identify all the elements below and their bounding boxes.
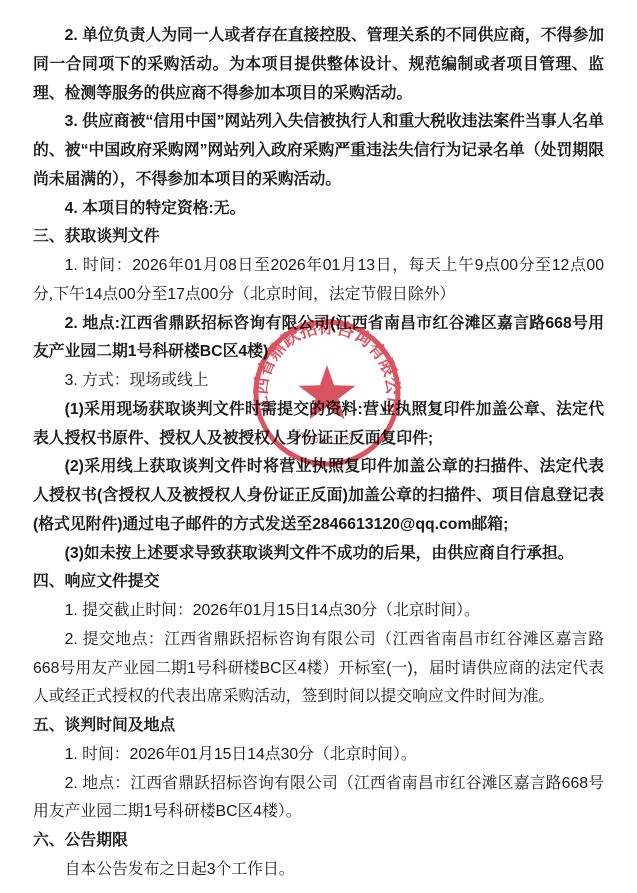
paragraph-qualification-3: 3. 供应商被“信用中国”网站列入失信被执行人和重大税收违法案件当事人名单的、被…: [33, 108, 604, 194]
paragraph-obtain-location: 2. 地点:江西省鼎跃招标咨询有限公司(江西省南昌市红谷滩区嘉言路668号用友产…: [33, 310, 604, 368]
section-heading-negotiation-time: 五、谈判时间及地点: [33, 712, 604, 741]
paragraph-obtain-method: 3. 方式：现场或线上: [33, 367, 604, 396]
paragraph-obtain-time: 1. 时间：2026年01月08日至2026年01月13日，每天上午9点00分至…: [33, 252, 604, 310]
section-heading-response-submission: 四、响应文件提交: [33, 568, 604, 597]
paragraph-submission-location: 2. 提交地点：江西省鼎跃招标咨询有限公司（江西省南昌市红谷滩区嘉言路668号用…: [33, 626, 604, 712]
paragraph-obtain-disclaimer: (3)如未按上述要求导致获取谈判文件不成功的后果，由供应商自行承担。: [33, 540, 604, 569]
paragraph-announcement-period: 自本公告发布之日起3个工作日。: [33, 856, 604, 885]
paragraph-obtain-online: (2)采用线上获取谈判文件时将营业执照复印件加盖公章的扫描件、法定代表人授权书(…: [33, 453, 604, 539]
paragraph-negotiation-time: 1. 时间：2026年01月15日14点30分（北京时间）。: [33, 741, 604, 770]
document-body: 2. 单位负责人为同一人或者存在直接控股、管理关系的不同供应商，不得参加同一合同…: [0, 0, 637, 885]
paragraph-obtain-onsite: (1)采用现场获取谈判文件时需提交的资料:营业执照复印件加盖公章、法定代表人授权…: [33, 396, 604, 454]
section-heading-obtain-documents: 三、获取谈判文件: [33, 223, 604, 252]
paragraph-submission-deadline: 1. 提交截止时间：2026年01月15日14点30分（北京时间）。: [33, 597, 604, 626]
paragraph-qualification-2: 2. 单位负责人为同一人或者存在直接控股、管理关系的不同供应商，不得参加同一合同…: [33, 22, 604, 108]
paragraph-negotiation-location: 2. 地点：江西省鼎跃招标咨询有限公司（江西省南昌市红谷滩区嘉言路668号用友产…: [33, 770, 604, 828]
section-heading-announcement-period: 六、公告期限: [33, 827, 604, 856]
paragraph-qualification-4: 4. 本项目的特定资格:无。: [33, 195, 604, 224]
